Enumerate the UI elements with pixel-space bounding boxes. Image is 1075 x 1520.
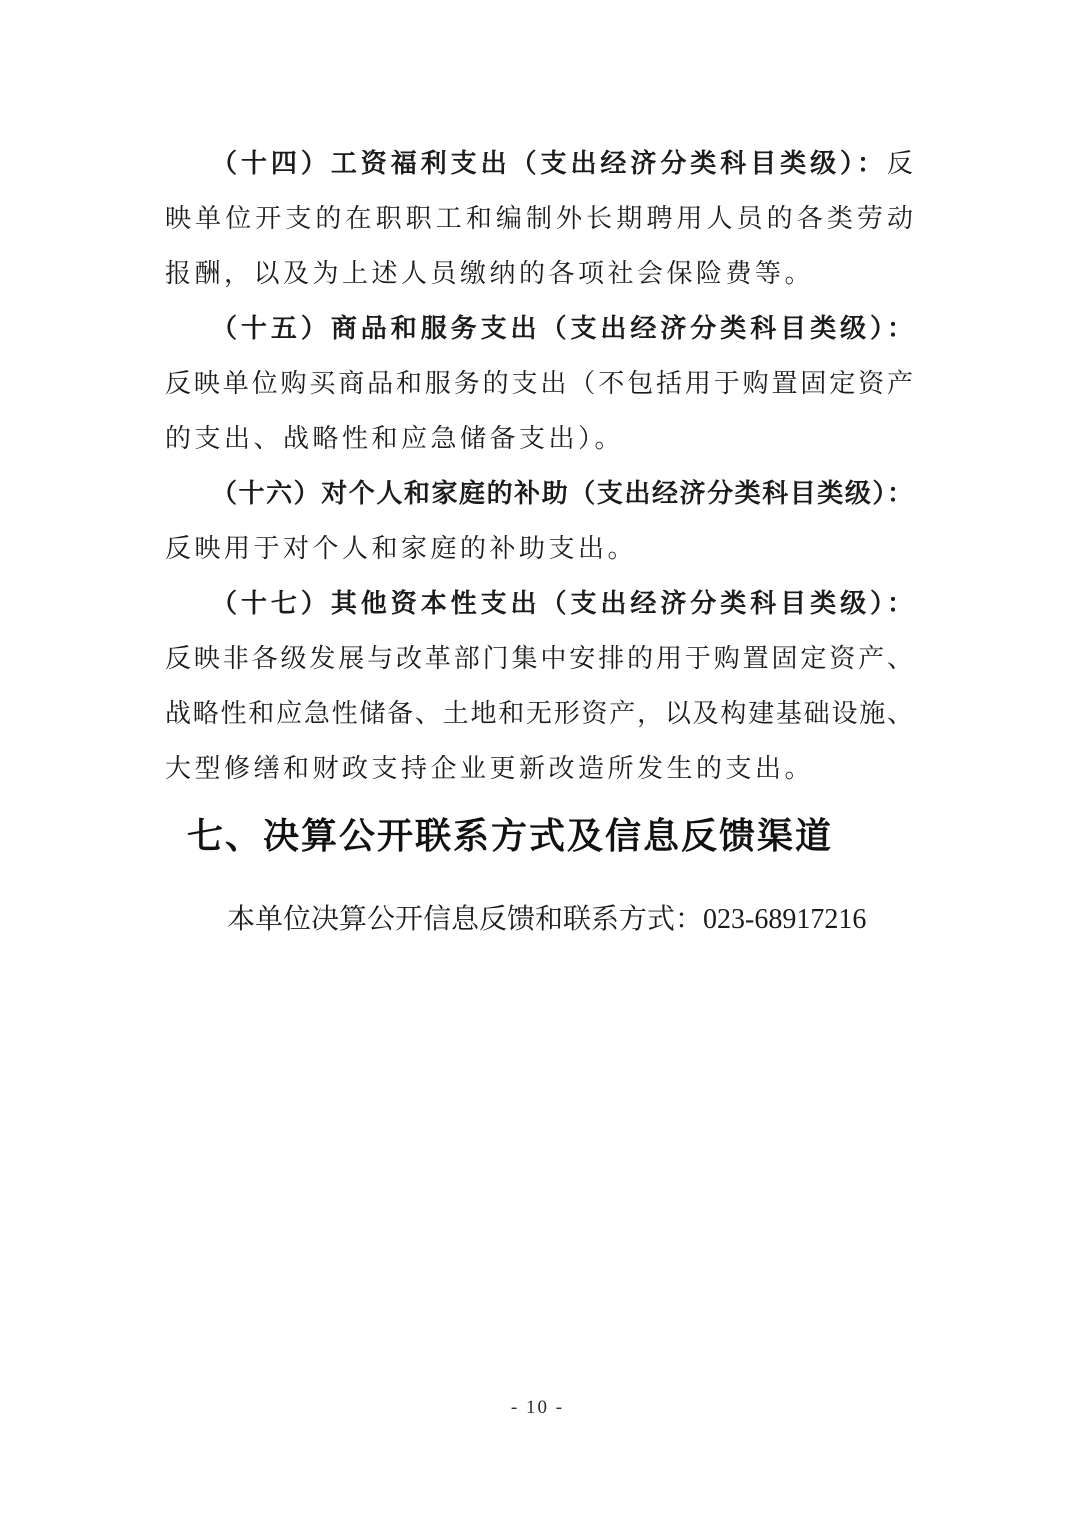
text-line: 反映单位购买商品和服务的支出（不包括用于购置固定资产 [165, 356, 913, 411]
document-page: （十四）工资福利支出（支出经济分类科目类级）：反映单位开支的在职职工和编制外长期… [0, 0, 1075, 1520]
paragraph-label-bold-run: （十六）对个人和家庭的补助（支出经济分类科目类级）： [211, 479, 913, 508]
paragraph-text-run: 反映单位购买商品和服务的支出（不包括用于购置固定资产 [165, 369, 913, 398]
paragraph-label-bold-run: （十七）其他资本性支出（支出经济分类科目类级）： [211, 589, 913, 618]
text-line: （十五）商品和服务支出（支出经济分类科目类级）： [165, 301, 913, 356]
text-line: 大型修缮和财政支持企业更新改造所发生的支出。 [165, 741, 913, 796]
page-number: - 10 - [511, 1397, 564, 1418]
text-line: 反映用于对个人和家庭的补助支出。 [165, 521, 913, 576]
section-heading: 七、决算公开联系方式及信息反馈渠道 [165, 810, 935, 862]
paragraph-text-run: 大型修缮和财政支持企业更新改造所发生的支出。 [165, 754, 814, 783]
paragraph-text-run: 反 [887, 149, 913, 178]
paragraph-text-run: 报酬，以及为上述人员缴纳的各项社会保险费等。 [165, 259, 814, 288]
text-line: （十六）对个人和家庭的补助（支出经济分类科目类级）： [165, 466, 913, 521]
paragraph-text-run: 的支出、战略性和应急储备支出）。 [165, 424, 624, 453]
paragraph-label-bold-run: （十四）工资福利支出（支出经济分类科目类级）： [211, 149, 887, 178]
paragraph-text-run: 战略性和应急性储备、土地和无形资产，以及构建基础设施、 [165, 699, 913, 728]
text-line: 报酬，以及为上述人员缴纳的各项社会保险费等。 [165, 246, 913, 301]
text-line: 反映非各级发展与改革部门集中安排的用于购置固定资产、 [165, 631, 913, 686]
paragraph-label-bold-run: （十五）商品和服务支出（支出经济分类科目类级）： [211, 314, 913, 343]
document-body: （十四）工资福利支出（支出经济分类科目类级）：反映单位开支的在职职工和编制外长期… [165, 136, 913, 796]
contact-line: 本单位决算公开信息反馈和联系方式：023-68917216 [165, 892, 1007, 947]
paragraph-text-run: 映单位开支的在职职工和编制外长期聘用人员的各类劳动 [165, 204, 913, 233]
text-line: （十四）工资福利支出（支出经济分类科目类级）：反 [165, 136, 913, 191]
page-footer: - 10 - [0, 1394, 1075, 1422]
paragraph-text-run: 反映用于对个人和家庭的补助支出。 [165, 534, 637, 563]
text-line: 映单位开支的在职职工和编制外长期聘用人员的各类劳动 [165, 191, 913, 246]
text-line: （十七）其他资本性支出（支出经济分类科目类级）： [165, 576, 913, 631]
text-line: 战略性和应急性储备、土地和无形资产，以及构建基础设施、 [165, 686, 913, 741]
paragraph-text-run: 反映非各级发展与改革部门集中安排的用于购置固定资产、 [165, 644, 913, 673]
text-line: 的支出、战略性和应急储备支出）。 [165, 411, 913, 466]
